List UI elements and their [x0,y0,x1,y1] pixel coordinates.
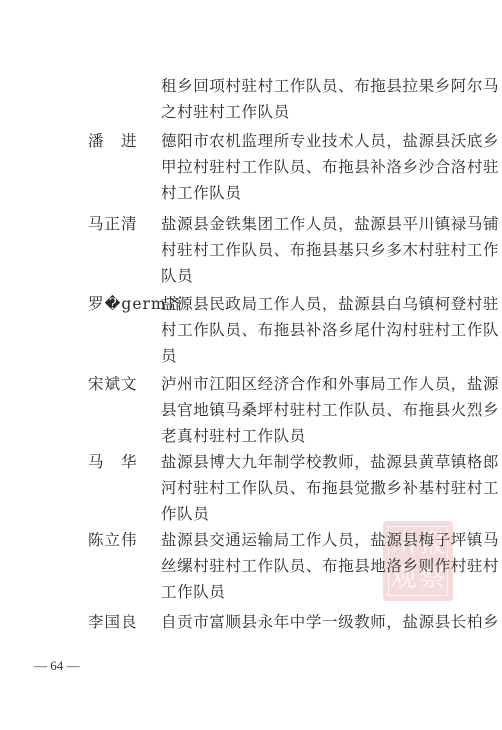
entry-line: 村工作队员 [161,183,242,203]
entry-line: 老真村驻村工作队员 [161,426,306,446]
entry-line: 甲拉村驻村工作队员、布拖县补洛乡沙合洛村驻 [161,157,499,177]
entry-line: 作队员 [161,504,209,524]
entry-line: 盐源县博大九年制学校教师，盐源县黄草镇格郎 [161,452,499,472]
entry-line: 自贡市富顺县永年中学一级教师，盐源县长柏乡 [161,612,499,632]
entry-line: 村工作队员、布拖县补洛乡尾什沟村驻村工作队 [161,320,499,340]
entry-line: 村驻村工作队员、布拖县基只乡多木村驻村工作 [161,240,499,260]
entry-line: 员 [161,346,177,366]
continuation-line-1: 租乡回项村驻村工作队员、布拖县拉果乡阿尔马 [161,76,499,96]
page-number: — 64 — [34,658,80,674]
continuation-line-2: 之村驻村工作队员 [161,102,290,122]
entry-name: 李国良 [88,612,138,632]
entry-line: 丝缧村驻村工作队员、布拖县地洛乡则作村驻村 [161,556,499,576]
entry-line: 队员 [161,266,193,286]
entry-line: 德阳市农机监理所专业技术人员，盐源县沃底乡 [161,131,499,151]
entry-name: 马 华 [88,452,138,472]
entry-line: 泸州市江阳区经济合作和外事局工作人员，盐源 [161,374,499,394]
entry-line: 盐源县金铁集团工作人员，盐源县平川镇禄马铺 [161,214,499,234]
entry-line: 工作队员 [161,582,225,602]
entry-line: 河村驻村工作队员、布拖县觉撒乡补基村驻村工 [161,478,499,498]
document-page: 租乡回项村驻村工作队员、布拖县拉果乡阿尔马 之村驻村工作队员 潘 进 德阳市农机… [0,0,502,730]
entry-line: 盐源县交通运输局工作人员，盐源县梅子坪镇马 [161,530,499,550]
entry-line: 县官地镇马桑坪村驻村工作队员、布拖县火烈乡 [161,400,499,420]
entry-name: 宋斌文 [88,374,138,394]
entry-line: 盐源县民政局工作人员，盐源县白乌镇柯登村驻 [161,294,499,314]
entry-name: 马正清 [88,214,138,234]
entry-name: 潘 进 [88,131,138,151]
entry-name: 陈立伟 [88,530,138,550]
